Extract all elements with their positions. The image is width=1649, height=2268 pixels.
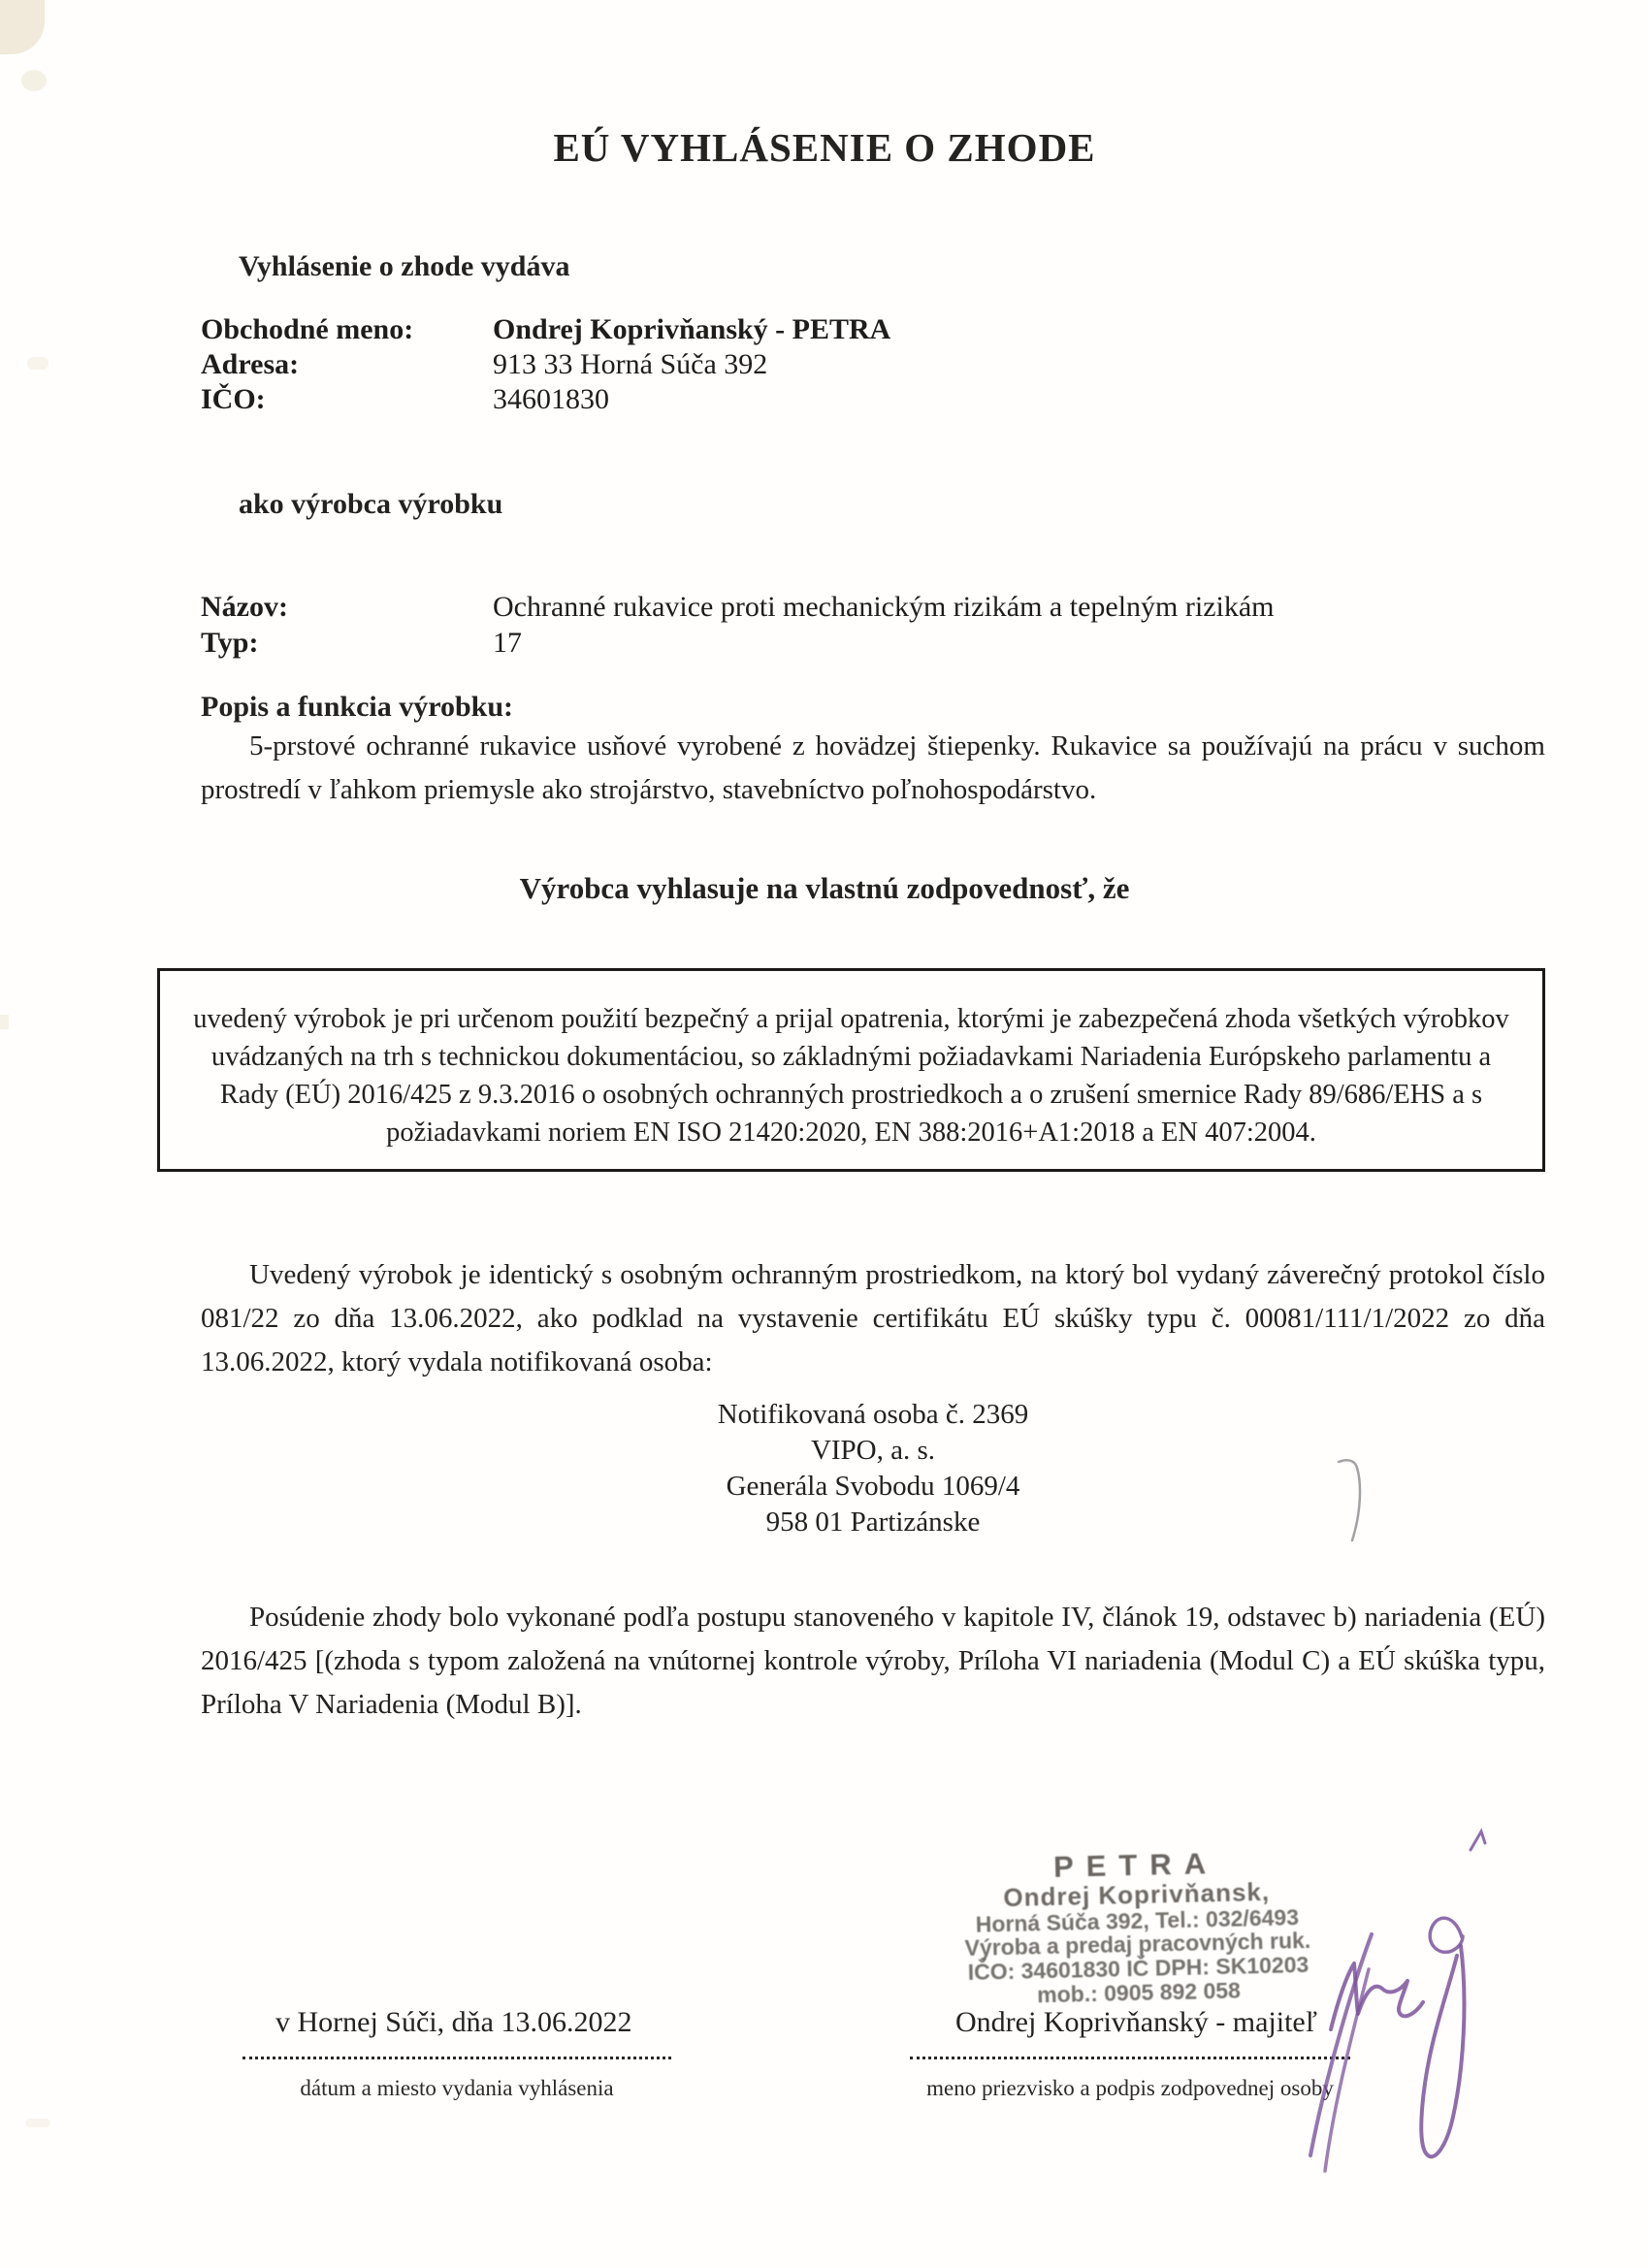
notified-body-line-2: VIPO, a. s. bbox=[201, 1433, 1545, 1469]
field-value-obchodne-meno: Ondrej Koprivňanský - PETRA bbox=[493, 312, 890, 347]
responsible-person-caption: meno priezvisko a podpis zodpovednej oso… bbox=[910, 2076, 1350, 2101]
date-place-caption: dátum a miesto vydania vyhlásenia bbox=[242, 2076, 671, 2101]
description-paragraph: 5-prstové ochranné rukavice usňové vyrob… bbox=[201, 725, 1545, 812]
manufacturer-heading: ako výrobca výrobku bbox=[239, 488, 502, 521]
responsible-person-value: Ondrej Koprivňanský - majiteľ bbox=[955, 2006, 1317, 2039]
field-row-typ: Typ:17 bbox=[201, 626, 1549, 661]
declaration-box: uvedený výrobok je pri určenom použití b… bbox=[157, 968, 1545, 1172]
field-label-ico: IČO: bbox=[201, 382, 493, 417]
signature-caret-mark bbox=[1471, 1831, 1485, 1850]
notified-body-block: Notifikovaná osoba č. 2369 VIPO, a. s. G… bbox=[201, 1397, 1545, 1540]
company-stamp: PETRA Ondrej Koprivňansk, Horná Súča 392… bbox=[954, 1845, 1321, 2009]
scan-artifact-dash-2 bbox=[0, 1015, 9, 1029]
signature-flourish-loop bbox=[1421, 1946, 1464, 2156]
declaration-heading: Výrobca vyhlasuje na vlastnú zodpovednos… bbox=[0, 871, 1649, 906]
scanned-declaration-page: EÚ VYHLÁSENIE O ZHODE Vyhlásenie o zhode… bbox=[0, 0, 1649, 2268]
field-label-obchodne-meno: Obchodné meno: bbox=[201, 312, 493, 347]
scan-artifact-corner bbox=[0, 0, 45, 54]
declaration-box-text: uvedený výrobok je pri určenom použití b… bbox=[193, 1004, 1508, 1148]
signature-stroke-diagonal-2 bbox=[1325, 1969, 1369, 2171]
identity-paragraph: Uvedený výrobok je identický s osobným o… bbox=[201, 1253, 1545, 1384]
field-row-nazov: Názov:Ochranné rukavice proti mechanický… bbox=[201, 590, 1549, 625]
notified-body-line-1: Notifikovaná osoba č. 2369 bbox=[201, 1397, 1545, 1433]
field-value-adresa: 913 33 Horná Súča 392 bbox=[493, 347, 767, 382]
field-row-adresa: Adresa:913 33 Horná Súča 392 bbox=[201, 347, 1549, 382]
field-value-typ: 17 bbox=[493, 626, 522, 661]
field-label-nazov: Názov: bbox=[201, 590, 493, 625]
field-label-typ: Typ: bbox=[201, 626, 493, 661]
field-value-nazov: Ochranné rukavice proti mechanickým rizi… bbox=[493, 590, 1275, 625]
signature-flourish-hook bbox=[1430, 1918, 1463, 1952]
signature-squiggle bbox=[1331, 1963, 1423, 2029]
field-row-ico: IČO:34601830 bbox=[201, 382, 1549, 417]
document-title: EÚ VYHLÁSENIE O ZHODE bbox=[0, 124, 1649, 171]
field-row-obchodne-meno: Obchodné meno:Ondrej Koprivňanský - PETR… bbox=[201, 312, 1549, 347]
field-label-adresa: Adresa: bbox=[201, 347, 493, 382]
scan-artifact-dash-3 bbox=[25, 2119, 50, 2127]
assessment-paragraph: Posúdenie zhody bolo vykonané podľa post… bbox=[201, 1596, 1545, 1727]
responsible-person-dotted-line bbox=[910, 2057, 1350, 2059]
issuer-heading: Vyhlásenie o zhode vydáva bbox=[239, 250, 569, 283]
date-place-dotted-line bbox=[242, 2057, 671, 2059]
scan-artifact-blob bbox=[21, 70, 47, 91]
date-place-value: v Hornej Súči, dňa 13.06.2022 bbox=[275, 2006, 631, 2039]
scan-artifact-dash-1 bbox=[27, 357, 48, 370]
field-value-ico: 34601830 bbox=[493, 382, 609, 417]
notified-body-line-4: 958 01 Partizánske bbox=[201, 1505, 1545, 1540]
notified-body-line-3: Generála Svobodu 1069/4 bbox=[201, 1469, 1545, 1505]
description-heading: Popis a funkcia výrobku: bbox=[201, 691, 513, 724]
